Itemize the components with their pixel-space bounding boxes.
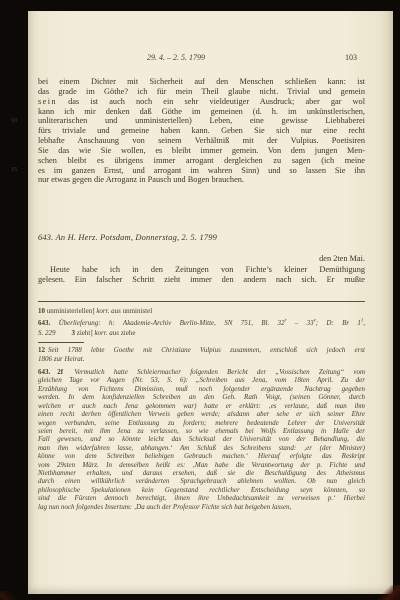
letter-heading: 643. An H. Herz. Potsdam, Donnerstag, 2.… xyxy=(38,233,217,242)
margin-line-number-10: 10 xyxy=(11,117,17,124)
apparatus-source: – 33 xyxy=(286,319,313,327)
footnote-line: könne von dem Schreiben beliebigen Gebra… xyxy=(38,452,365,460)
apparatus-note: korr. aus xyxy=(94,329,119,337)
body-text-line: das grade im Göthe? ich für mein Theil g… xyxy=(38,87,365,97)
apparatus-source: , xyxy=(363,319,365,327)
apparatus-second-line: S. 2293 zieht] korr. aus ziehe xyxy=(38,329,365,339)
footnote-12: 12Seit 1788 lebte Goethe mit Christiane … xyxy=(38,346,365,365)
book-cover-corner xyxy=(0,591,34,600)
body-text-line: lebhafte Anschauung von seinem Verhältni… xyxy=(38,136,365,146)
margin-line-number-15: 15 xyxy=(11,166,17,173)
footnote-line: durch einen willkührlich veränderten Spr… xyxy=(38,477,365,485)
apparatus-entry-line-10: 10 unministeriellen] korr. aus unministe… xyxy=(38,307,365,315)
apparatus-note: korr. aus xyxy=(96,307,121,315)
footnote-line: 12Seit 1788 lebte Goethe mit Christiane … xyxy=(38,346,365,355)
footnote-number: 12 xyxy=(38,346,45,354)
apparatus-lemma: unministeriellen] xyxy=(47,307,95,315)
footnote-line: seien bereit, mit ihm Jena zu verlassen,… xyxy=(38,427,365,435)
body-text-segment: das ist auch noch ein sehr vieldeutiger … xyxy=(68,97,365,106)
letter-dateline: den 2ten Mai. xyxy=(38,254,365,263)
apparatus-variant: unministel xyxy=(123,307,153,315)
apparatus-page-ref: S. 229 xyxy=(38,329,56,337)
apparatus-lemma: zieht] xyxy=(77,329,93,337)
body-text-line: es im ganzen Ernst, und arrogant im wahr… xyxy=(38,166,365,176)
scanned-book-page: 29. 4. – 2. 5. 1799 103 10 15 bei einem … xyxy=(28,11,393,594)
footnote-643: 643.2f Vermutlich hatte Schleiermacher f… xyxy=(38,368,365,511)
body-text-line: Sie das wie Sie wollen, es bleibt immer … xyxy=(38,146,365,156)
footnote-line: 643.2f Vermutlich hatte Schleiermacher f… xyxy=(38,368,365,376)
emphasized-word: sein xyxy=(38,97,57,106)
body-text-line: kann ich mir denken daß Göthe im gemeine… xyxy=(38,107,365,117)
footnote-line: man ihm widerfahren lasse, abhangen.‘ Am… xyxy=(38,444,365,452)
footnote-line: vom 29sten März. In demselben heißt es: … xyxy=(38,461,365,469)
footnote-line: philosophische Spekulationen kein Gegens… xyxy=(38,486,365,494)
footnote-line: 1806 zur Heirat. xyxy=(38,355,365,364)
body-text-line: nur etwas gegen die Arroganz in Pausch u… xyxy=(38,175,365,185)
letter-text-line: Heute habe ich in den Zeitungen von Fich… xyxy=(38,265,365,275)
letter-text-line: gelesen. Ein falscher Schritt zieht imme… xyxy=(38,275,365,285)
footnote-separator-rule xyxy=(38,342,84,343)
page-number: 103 xyxy=(38,53,357,62)
apparatus-letter-number: 643. xyxy=(38,319,50,327)
body-text-line: fürs triviale und gemeine haben kann. Ge… xyxy=(38,126,365,136)
footnote-line: einen recht derben öffentlichen Verweis … xyxy=(38,410,365,418)
footnote-number: 643. xyxy=(38,368,50,376)
body-text-line: sein das ist auch noch ein sehr vieldeut… xyxy=(38,97,365,107)
book-page-stack-edge xyxy=(4,12,30,592)
apparatus-divider-rule xyxy=(38,301,365,302)
footnote-line: wegen verbunden, seine Entlassung zu for… xyxy=(38,419,365,427)
body-text-line: bei einem Dichter mit Sicherheit auf den… xyxy=(38,77,365,87)
footnote-text: Vermutlich hatte Schleiermacher folgende… xyxy=(74,368,365,376)
footnote-line: lag nun noch folgendes Insertum: ‚Da auc… xyxy=(38,503,365,511)
footnote-line: welchen er auch nach Jena gekommen war) … xyxy=(38,402,365,410)
apparatus-overlieferung-line: 643. Überlieferung: h: Akademie-Archiv B… xyxy=(38,319,365,329)
apparatus-label: Überlieferung: xyxy=(59,319,101,327)
apparatus-entry-643: 643. Überlieferung: h: Akademie-Archiv B… xyxy=(38,319,365,338)
apparatus-line-number: 3 xyxy=(72,329,76,337)
footnote-line: Fall gewesen, und so könnte leicht das S… xyxy=(38,435,365,443)
footnote-line: werden. In dem konfidenziellen Schreiben… xyxy=(38,393,365,401)
book-cover-corner xyxy=(370,585,400,600)
apparatus-line-number: 10 xyxy=(38,307,45,315)
apparatus-variant: ziehe xyxy=(121,329,136,337)
apparatus-source: ; D: Br 1 xyxy=(316,319,361,327)
footnote-line: Niethhammer erhalten, und daraus ersehen… xyxy=(38,469,365,477)
body-text-line: unliterarischen und unministeriellen) Le… xyxy=(38,116,365,126)
footnote-line-ref: 2f xyxy=(57,368,63,376)
body-text-line: schen bleibt es übrigens immer arrogant … xyxy=(38,156,365,166)
footnote-line: sind die Fürsten dennoch berechtigt, ihn… xyxy=(38,494,365,502)
letter-body-text: bei einem Dichter mit Sicherheit auf den… xyxy=(38,77,365,185)
book-scan: { "doc": { "header": { "date_range": "29… xyxy=(0,0,400,600)
apparatus-source: h: Akademie-Archiv Berlin-Mitte, SN 751,… xyxy=(109,319,285,327)
letter-opening-text: Heute habe ich in den Zeitungen von Fich… xyxy=(38,265,365,285)
footnote-line: gleichen Tage vor Augen (Nr. 53, S. 6): … xyxy=(38,376,365,384)
footnote-text: Seit 1788 lebte Goethe mit Christiane Vu… xyxy=(48,346,365,354)
footnote-line: Erzählung von Fichtens Dimission, muß no… xyxy=(38,385,365,393)
